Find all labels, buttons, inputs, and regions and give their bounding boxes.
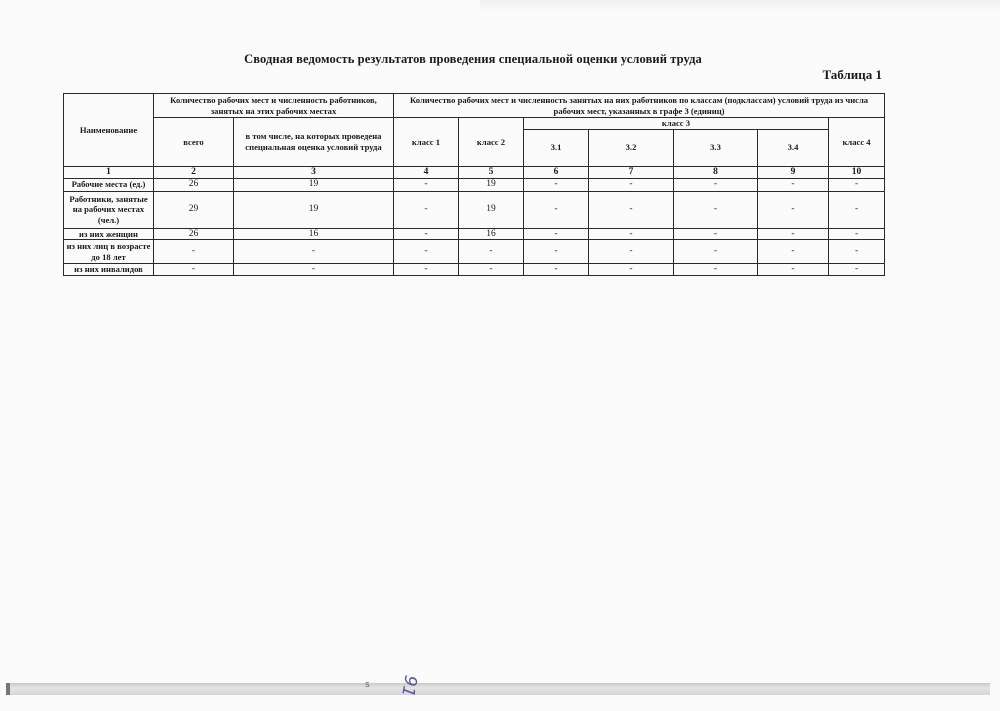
table-row: из них инвалидов--------- xyxy=(64,264,885,276)
table-cell: - xyxy=(394,191,459,228)
margin-mark: s xyxy=(365,680,370,690)
table-cell: 16 xyxy=(459,228,524,240)
document-title: Сводная ведомость результатов проведения… xyxy=(0,52,946,67)
table-cell: - xyxy=(758,178,829,191)
scan-edge-bar xyxy=(6,683,990,695)
row-label: из них лиц в возрасте до 18 лет xyxy=(64,240,154,264)
column-number: 4 xyxy=(394,166,459,178)
table-row: из них женщин2616-16----- xyxy=(64,228,885,240)
column-number: 10 xyxy=(829,166,885,178)
table-cell: - xyxy=(524,228,589,240)
table-cell: - xyxy=(674,264,758,276)
header-class3: класс 3 xyxy=(524,118,829,130)
header-class1: класс 1 xyxy=(394,118,459,167)
table-cell: - xyxy=(394,240,459,264)
table-cell: - xyxy=(589,228,674,240)
table-cell: - xyxy=(829,264,885,276)
table-cell: - xyxy=(524,264,589,276)
table-cell: - xyxy=(589,264,674,276)
table-cell: - xyxy=(674,178,758,191)
table-cell: - xyxy=(234,240,394,264)
table-cell: - xyxy=(829,178,885,191)
header-group-classes: Количество рабочих мест и численность за… xyxy=(394,94,885,118)
table-cell: 29 xyxy=(154,191,234,228)
column-number: 8 xyxy=(674,166,758,178)
table-label: Таблица 1 xyxy=(822,67,882,83)
header-class4: класс 4 xyxy=(829,118,885,167)
column-number: 2 xyxy=(154,166,234,178)
header-sub-3-2: 3.2 xyxy=(589,129,674,166)
table-cell: 19 xyxy=(234,191,394,228)
column-number: 9 xyxy=(758,166,829,178)
table-row: из них лиц в возрасте до 18 лет--------- xyxy=(64,240,885,264)
row-label: из них инвалидов xyxy=(64,264,154,276)
table-cell: - xyxy=(524,191,589,228)
table-cell: - xyxy=(589,178,674,191)
header-sub-3-1: 3.1 xyxy=(524,129,589,166)
table-cell: - xyxy=(524,178,589,191)
column-number-row: 1 2 3 4 5 6 7 8 9 10 xyxy=(64,166,885,178)
header-assessed: в том числе, на которых проведена специа… xyxy=(234,118,394,167)
table-body: Рабочие места (ед.)2619-19-----Работники… xyxy=(64,178,885,276)
table-cell: - xyxy=(758,264,829,276)
table-cell: - xyxy=(234,264,394,276)
table-cell: - xyxy=(394,228,459,240)
table-cell: - xyxy=(829,228,885,240)
table-cell: - xyxy=(459,264,524,276)
table-cell: - xyxy=(674,240,758,264)
table-cell: - xyxy=(758,240,829,264)
header-sub-3-3: 3.3 xyxy=(674,129,758,166)
header-total: всего xyxy=(154,118,234,167)
column-number: 7 xyxy=(589,166,674,178)
table-cell: 19 xyxy=(459,191,524,228)
table-cell: 19 xyxy=(234,178,394,191)
table-cell: - xyxy=(394,264,459,276)
header-class2: класс 2 xyxy=(459,118,524,167)
row-label: Рабочие места (ед.) xyxy=(64,178,154,191)
table-cell: - xyxy=(829,240,885,264)
table-cell: - xyxy=(674,191,758,228)
column-number: 1 xyxy=(64,166,154,178)
handwritten-page-number: 91 xyxy=(397,674,420,699)
header-sub-3-4: 3.4 xyxy=(758,129,829,166)
table-cell: - xyxy=(524,240,589,264)
table-cell: 16 xyxy=(234,228,394,240)
summary-table: Наименование Количество рабочих мест и ч… xyxy=(63,93,885,276)
table-cell: - xyxy=(674,228,758,240)
header-name: Наименование xyxy=(64,94,154,167)
row-label: из них женщин xyxy=(64,228,154,240)
table-row: Работники, занятые на рабочих местах (че… xyxy=(64,191,885,228)
table-cell: - xyxy=(589,191,674,228)
table-cell: 26 xyxy=(154,228,234,240)
row-label: Работники, занятые на рабочих местах (че… xyxy=(64,191,154,228)
table-cell: - xyxy=(829,191,885,228)
table-cell: - xyxy=(758,191,829,228)
header-group-workplaces: Количество рабочих мест и численность ра… xyxy=(154,94,394,118)
table-cell: - xyxy=(459,240,524,264)
table-cell: - xyxy=(758,228,829,240)
column-number: 5 xyxy=(459,166,524,178)
column-number: 6 xyxy=(524,166,589,178)
table-cell: - xyxy=(154,264,234,276)
table-cell: - xyxy=(589,240,674,264)
table-cell: 26 xyxy=(154,178,234,191)
column-number: 3 xyxy=(234,166,394,178)
table-cell: 19 xyxy=(459,178,524,191)
scan-shadow xyxy=(480,0,1000,12)
table-cell: - xyxy=(154,240,234,264)
table-row: Рабочие места (ед.)2619-19----- xyxy=(64,178,885,191)
table-cell: - xyxy=(394,178,459,191)
